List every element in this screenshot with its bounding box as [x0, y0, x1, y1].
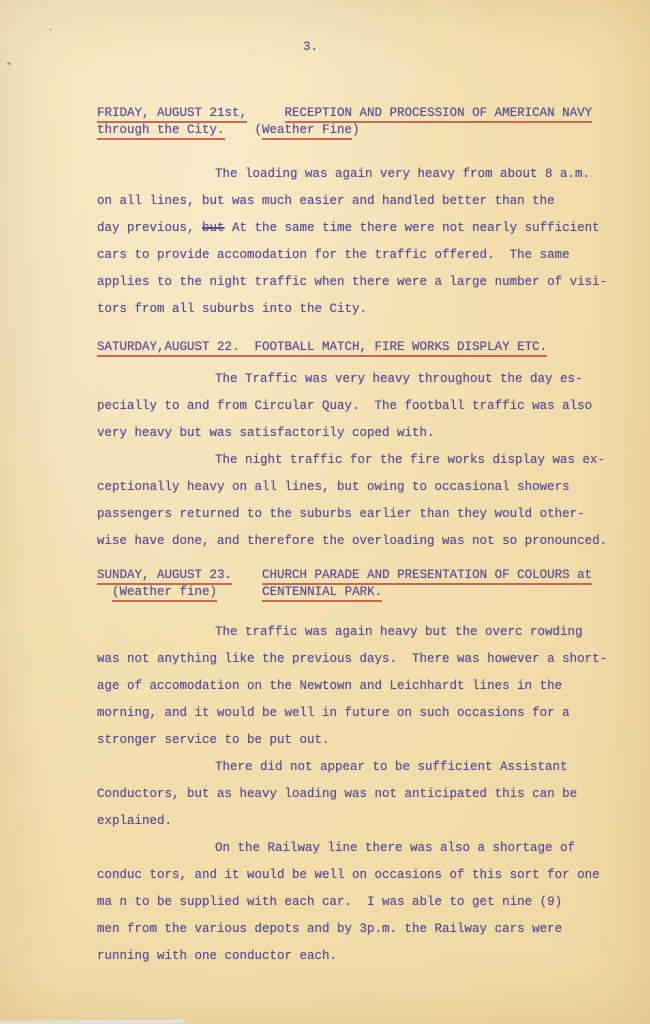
underlined-text: CHURCH PARADE AND PRESENTATION OF COLOUR…	[262, 568, 592, 585]
text-segment: The traffic was again heavy but the over…	[215, 625, 583, 639]
text-line: applies to the night traffic when there …	[97, 269, 612, 296]
heading-line: FRIDAY, AUGUST 21st, RECEPTION AND PROCE…	[97, 105, 612, 122]
text-line: The Traffic was very heavy throughout th…	[97, 366, 612, 393]
section-friday-august-21: FRIDAY, AUGUST 21st, RECEPTION AND PROCE…	[97, 105, 612, 323]
underlined-text: CENTENNIAL PARK.	[262, 585, 382, 602]
text-segment: applies to the night traffic when there …	[97, 275, 607, 289]
text-line: There did not appear to be sufficient As…	[97, 754, 612, 781]
text-segment: cars to provide accomodation for the tra…	[97, 248, 570, 262]
paper-speck	[49, 28, 52, 31]
heading-line: SUNDAY, AUGUST 23. CHURCH PARADE AND PRE…	[97, 567, 612, 584]
paragraph: The traffic was again heavy but the over…	[97, 619, 612, 754]
section-heading-saturday: SATURDAY,AUGUST 22. FOOTBALL MATCH, FIRE…	[97, 339, 612, 356]
text-segment: On the Railway line there was also a sho…	[215, 841, 575, 855]
underlined-text: Weather Fine	[262, 123, 352, 140]
text-segment: was not anything like the previous days.…	[97, 652, 607, 666]
text-line: tors from all suburbs into the City.	[97, 296, 612, 323]
text-segment: age of accomodation on the Newtown and L…	[97, 679, 562, 693]
text-segment: tors from all suburbs into the City.	[97, 302, 367, 316]
text-line: pecially to and from Circular Quay. The …	[97, 393, 612, 420]
text-line: day previous, but At the same time there…	[97, 215, 612, 242]
text-segment	[97, 585, 112, 599]
text-line: wise have done, and therefore the overlo…	[97, 528, 612, 555]
heading-line: (Weather fine) CENTENNIAL PARK.	[97, 584, 612, 601]
section-body-sunday: The traffic was again heavy but the over…	[97, 619, 612, 970]
text-segment: The loading was again very heavy from ab…	[215, 167, 590, 181]
text-segment: wise have done, and therefore the overlo…	[97, 534, 607, 548]
text-line: morning, and it would be well in future …	[97, 700, 612, 727]
text-segment: There did not appear to be sufficient As…	[215, 760, 568, 774]
text-segment: running with one conductor each.	[97, 949, 337, 963]
text-line: The night traffic for the fire works dis…	[97, 447, 612, 474]
page-content: 3. FRIDAY, AUGUST 21st, RECEPTION AND PR…	[0, 0, 650, 970]
text-line: explained.	[97, 808, 612, 835]
text-segment: The night traffic for the fire works dis…	[215, 453, 605, 467]
text-line: On the Railway line there was also a sho…	[97, 835, 612, 862]
underlined-text: (Weather fine)	[112, 585, 217, 602]
text-segment: Conductors, but as heavy loading was not…	[97, 787, 577, 801]
underlined-text: FRIDAY, AUGUST 21st,	[97, 106, 247, 123]
underlined-text: RECEPTION AND PROCESSION OF AMERICAN NAV…	[285, 106, 593, 123]
text-segment: pecially to and from Circular Quay. The …	[97, 399, 592, 413]
paragraph: The Traffic was very heavy throughout th…	[97, 366, 612, 447]
section-heading-sunday: SUNDAY, AUGUST 23. CHURCH PARADE AND PRE…	[97, 567, 612, 601]
section-sunday-august-23: SUNDAY, AUGUST 23. CHURCH PARADE AND PRE…	[97, 567, 612, 970]
scan-edge	[0, 1019, 185, 1024]
text-segment: on all lines, but was much easier and ha…	[97, 194, 555, 208]
paragraph: On the Railway line there was also a sho…	[97, 835, 612, 970]
text-line: men from the various depots and by 3p.m.…	[97, 916, 612, 943]
section-heading-friday: FRIDAY, AUGUST 21st, RECEPTION AND PROCE…	[97, 105, 612, 139]
text-segment: At the same time there were not nearly s…	[225, 221, 600, 235]
page-number: 3.	[303, 40, 612, 55]
text-line: cars to provide accomodation for the tra…	[97, 242, 612, 269]
text-segment: very heavy but was satisfactorily coped …	[97, 426, 435, 440]
text-line: conduc tors, and it would be well on occ…	[97, 862, 612, 889]
text-line: ceptionally heavy on all lines, but owin…	[97, 474, 612, 501]
text-segment: explained.	[97, 814, 172, 828]
text-line: running with one conductor each.	[97, 943, 612, 970]
text-segment: The Traffic was very heavy throughout th…	[215, 372, 583, 386]
text-segment: )	[352, 123, 360, 137]
text-line: age of accomodation on the Newtown and L…	[97, 673, 612, 700]
document-page: 3. FRIDAY, AUGUST 21st, RECEPTION AND PR…	[0, 0, 650, 1024]
section-saturday-august-22: SATURDAY,AUGUST 22. FOOTBALL MATCH, FIRE…	[97, 339, 612, 555]
heading-line: SATURDAY,AUGUST 22. FOOTBALL MATCH, FIRE…	[97, 339, 612, 356]
paragraph: The loading was again very heavy from ab…	[97, 161, 612, 323]
text-segment	[247, 106, 285, 120]
paragraph: The night traffic for the fire works dis…	[97, 447, 612, 555]
text-segment	[232, 568, 262, 582]
struck-text: but	[202, 221, 225, 235]
underlined-text: through the City.	[97, 123, 225, 140]
text-line: The loading was again very heavy from ab…	[97, 161, 612, 188]
text-line: was not anything like the previous days.…	[97, 646, 612, 673]
text-segment: stronger service to be put out.	[97, 733, 330, 747]
text-segment: morning, and it would be well in future …	[97, 706, 570, 720]
text-segment: day previous,	[97, 221, 202, 235]
text-line: ma n to be supplied with each car. I was…	[97, 889, 612, 916]
text-segment: passengers returned to the suburbs earli…	[97, 507, 585, 521]
paragraph: There did not appear to be sufficient As…	[97, 754, 612, 835]
underlined-text: SUNDAY, AUGUST 23.	[97, 568, 232, 585]
text-segment: men from the various depots and by 3p.m.…	[97, 922, 562, 936]
text-segment: (	[225, 123, 263, 137]
section-body-saturday: The Traffic was very heavy throughout th…	[97, 366, 612, 555]
section-body-friday: The loading was again very heavy from ab…	[97, 161, 612, 323]
text-line: on all lines, but was much easier and ha…	[97, 188, 612, 215]
heading-line: through the City. (Weather Fine)	[97, 122, 612, 139]
text-line: Conductors, but as heavy loading was not…	[97, 781, 612, 808]
text-segment: conduc tors, and it would be well on occ…	[97, 868, 600, 882]
underlined-text: SATURDAY,AUGUST 22. FOOTBALL MATCH, FIRE…	[97, 340, 547, 357]
text-segment: ma n to be supplied with each car. I was…	[97, 895, 562, 909]
text-line: very heavy but was satisfactorily coped …	[97, 420, 612, 447]
text-line: stronger service to be put out.	[97, 727, 612, 754]
text-line: The traffic was again heavy but the over…	[97, 619, 612, 646]
text-segment	[217, 585, 262, 599]
text-line: passengers returned to the suburbs earli…	[97, 501, 612, 528]
text-segment: ceptionally heavy on all lines, but owin…	[97, 480, 570, 494]
